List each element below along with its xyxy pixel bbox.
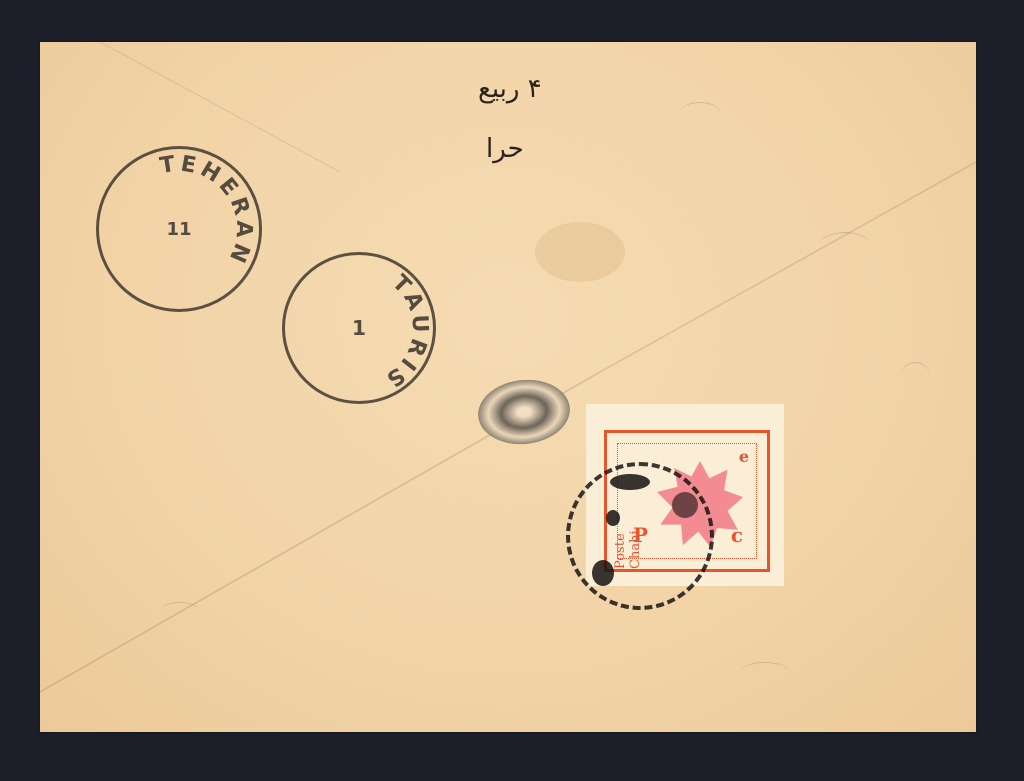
paper-fiber [680,102,720,123]
cancel-ink-blot [610,474,650,490]
paper-fiber [900,362,930,393]
cancel-ink-blot [606,510,620,526]
cancel-ink-blot [592,560,614,586]
stamp-value-right: c [731,523,743,547]
cancel-ink-blot [672,492,698,518]
postmark-tabriz-date: 1 [285,255,433,401]
paper-stain [535,222,625,282]
paper-fiber [740,662,790,683]
manuscript-line-1: ۴ ربیع [478,74,542,104]
stamp-corner-mark: e [739,447,749,466]
manuscript-line-2: حرا [486,134,524,164]
postmark-tabriz: TAURIS 1 [282,252,436,404]
postmark-teheran-date: 11 [99,149,259,309]
paper-fiber [160,602,200,621]
paper-fiber [820,232,870,257]
postmark-teheran: TEHERAN 11 [96,146,262,312]
